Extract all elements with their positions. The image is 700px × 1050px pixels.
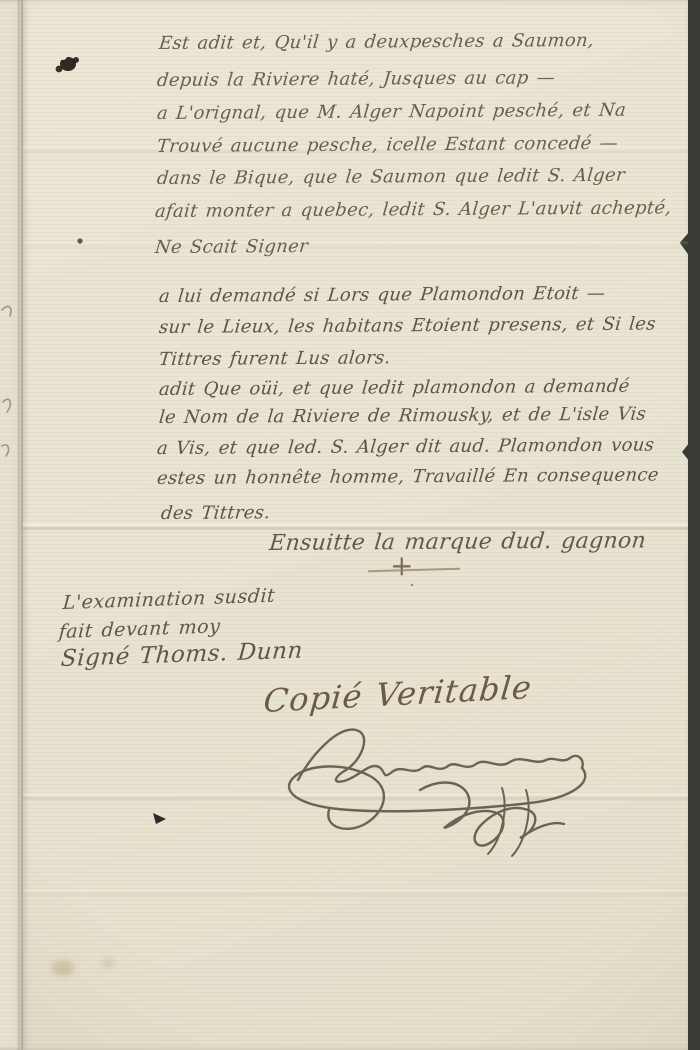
paper-stain — [52, 960, 74, 976]
manuscript-line: le Nom de la Riviere de Rimousky, et de … — [158, 404, 647, 428]
manuscript-line: a Vis, et que led. S. Alger dit aud. Pla… — [156, 435, 655, 459]
manuscript-line: Trouvé aucune pesche, icelle Estant conc… — [156, 133, 619, 157]
gagnon-mark-cross: + — [390, 549, 413, 582]
manuscript-line: afait monter a quebec, ledit S. Alger L'… — [154, 197, 672, 222]
manuscript-line: Tittres furent Lus alors. — [158, 347, 392, 370]
vertical-fold-line — [18, 0, 21, 1050]
manuscript-line: estes un honnête homme, Travaillé En con… — [156, 464, 660, 489]
manuscript-line: a L'orignal, que M. Alger Napoint pesché… — [156, 100, 627, 124]
manuscript-line: Ne Scait Signer — [154, 236, 309, 258]
manuscript-page — [23, 0, 688, 1050]
manuscript-scan: Est adit et, Qu'il y a deuxpesches a Sau… — [0, 0, 700, 1050]
manuscript-line: a lui demandé si Lors que Plamondon Etoi… — [158, 283, 606, 307]
manuscript-line: des Tittres. — [160, 502, 271, 524]
marque-line: Ensuitte la marque dud. gagnon — [268, 528, 647, 556]
manuscript-line: Est adit et, Qu'il y a deuxpesches a Sau… — [158, 30, 595, 54]
manuscript-line: sur le Lieux, les habitans Etoient prese… — [158, 314, 657, 338]
manuscript-line: depuis la Riviere haté, Jusques au cap — — [156, 67, 556, 91]
manuscript-line: adit Que oüi, et que ledit plamondon a d… — [158, 376, 631, 400]
manuscript-line: dans le Bique, que le Saumon que ledit S… — [156, 165, 626, 189]
paper-stain — [102, 958, 115, 968]
